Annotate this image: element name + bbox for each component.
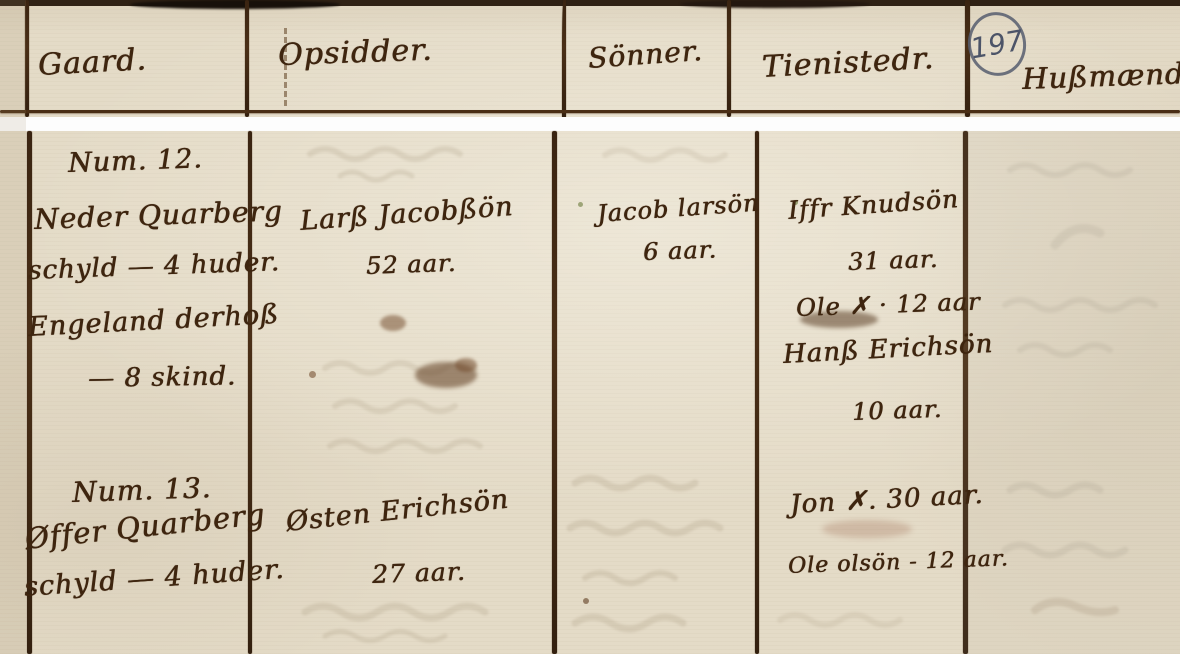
header-divider [562,0,566,117]
strip-separator [0,117,1180,131]
top-border-ink-blob [130,0,340,9]
skyld-line: schyld — 4 huder. [23,554,286,603]
bleedthrough-ghost [300,136,500,188]
header-divider [965,0,970,117]
farm-name-secondary: Engeland derhoß [27,299,279,343]
son-name: Jacob larsön [596,189,760,228]
bleedthrough-ghost [995,460,1170,645]
header-divider [245,0,249,117]
header-divider [727,0,731,117]
header-column-opsidder: Opsidder. [277,33,433,73]
farm-name: Neder Quarberg [33,194,283,236]
ink-speck [309,371,316,378]
column-divider [552,131,557,654]
occupant-age: 27 aar. [371,557,466,589]
ink-stain [455,358,477,372]
bleedthrough-ghost [995,145,1170,375]
green-speck [578,202,583,207]
servant-line: Jon ✗. 30 aar. [789,480,984,520]
bleedthrough-ghost [770,598,940,644]
occupant-age: 52 aar. [366,249,457,280]
skyld-line: schyld — 4 huder. [27,247,280,286]
farm-entry-number: Num. 13. [71,471,211,509]
occupant-name: Østen Erichsön [284,484,510,538]
header-column-gaard: Gaard. [37,42,148,83]
bleedthrough-ghost [295,592,525,647]
bleedthrough-ghost [315,348,520,473]
left-margin [0,0,26,654]
header-column-husmaend: Hußmænd. [1021,56,1180,96]
faint-smudge [822,520,912,538]
top-border-ink-blob [680,0,870,8]
son-age: 6 aar. [643,235,718,266]
bleedthrough-ghost [560,458,745,646]
ink-speck [583,598,589,604]
servant-age: 10 aar. [852,395,943,426]
skyld-line: — 8 skind. [88,361,237,394]
manuscript-census-page: Gaard. Opsidder. Sönner. Tienistedr. Huß… [0,0,1180,654]
servant-name: Iffr Knudsön [787,184,960,225]
page-number: 197 [968,23,1026,65]
servant-line: Ole ✗ · 12 aar [796,288,981,322]
servant-age: 31 aar. [848,245,939,276]
occupant-name: Larß Jacobßön [299,191,514,237]
bleedthrough-ghost [595,133,745,173]
ink-stain [380,315,406,331]
header-bottom-rule [0,110,1180,113]
farm-entry-number: Num. 12. [67,143,203,179]
